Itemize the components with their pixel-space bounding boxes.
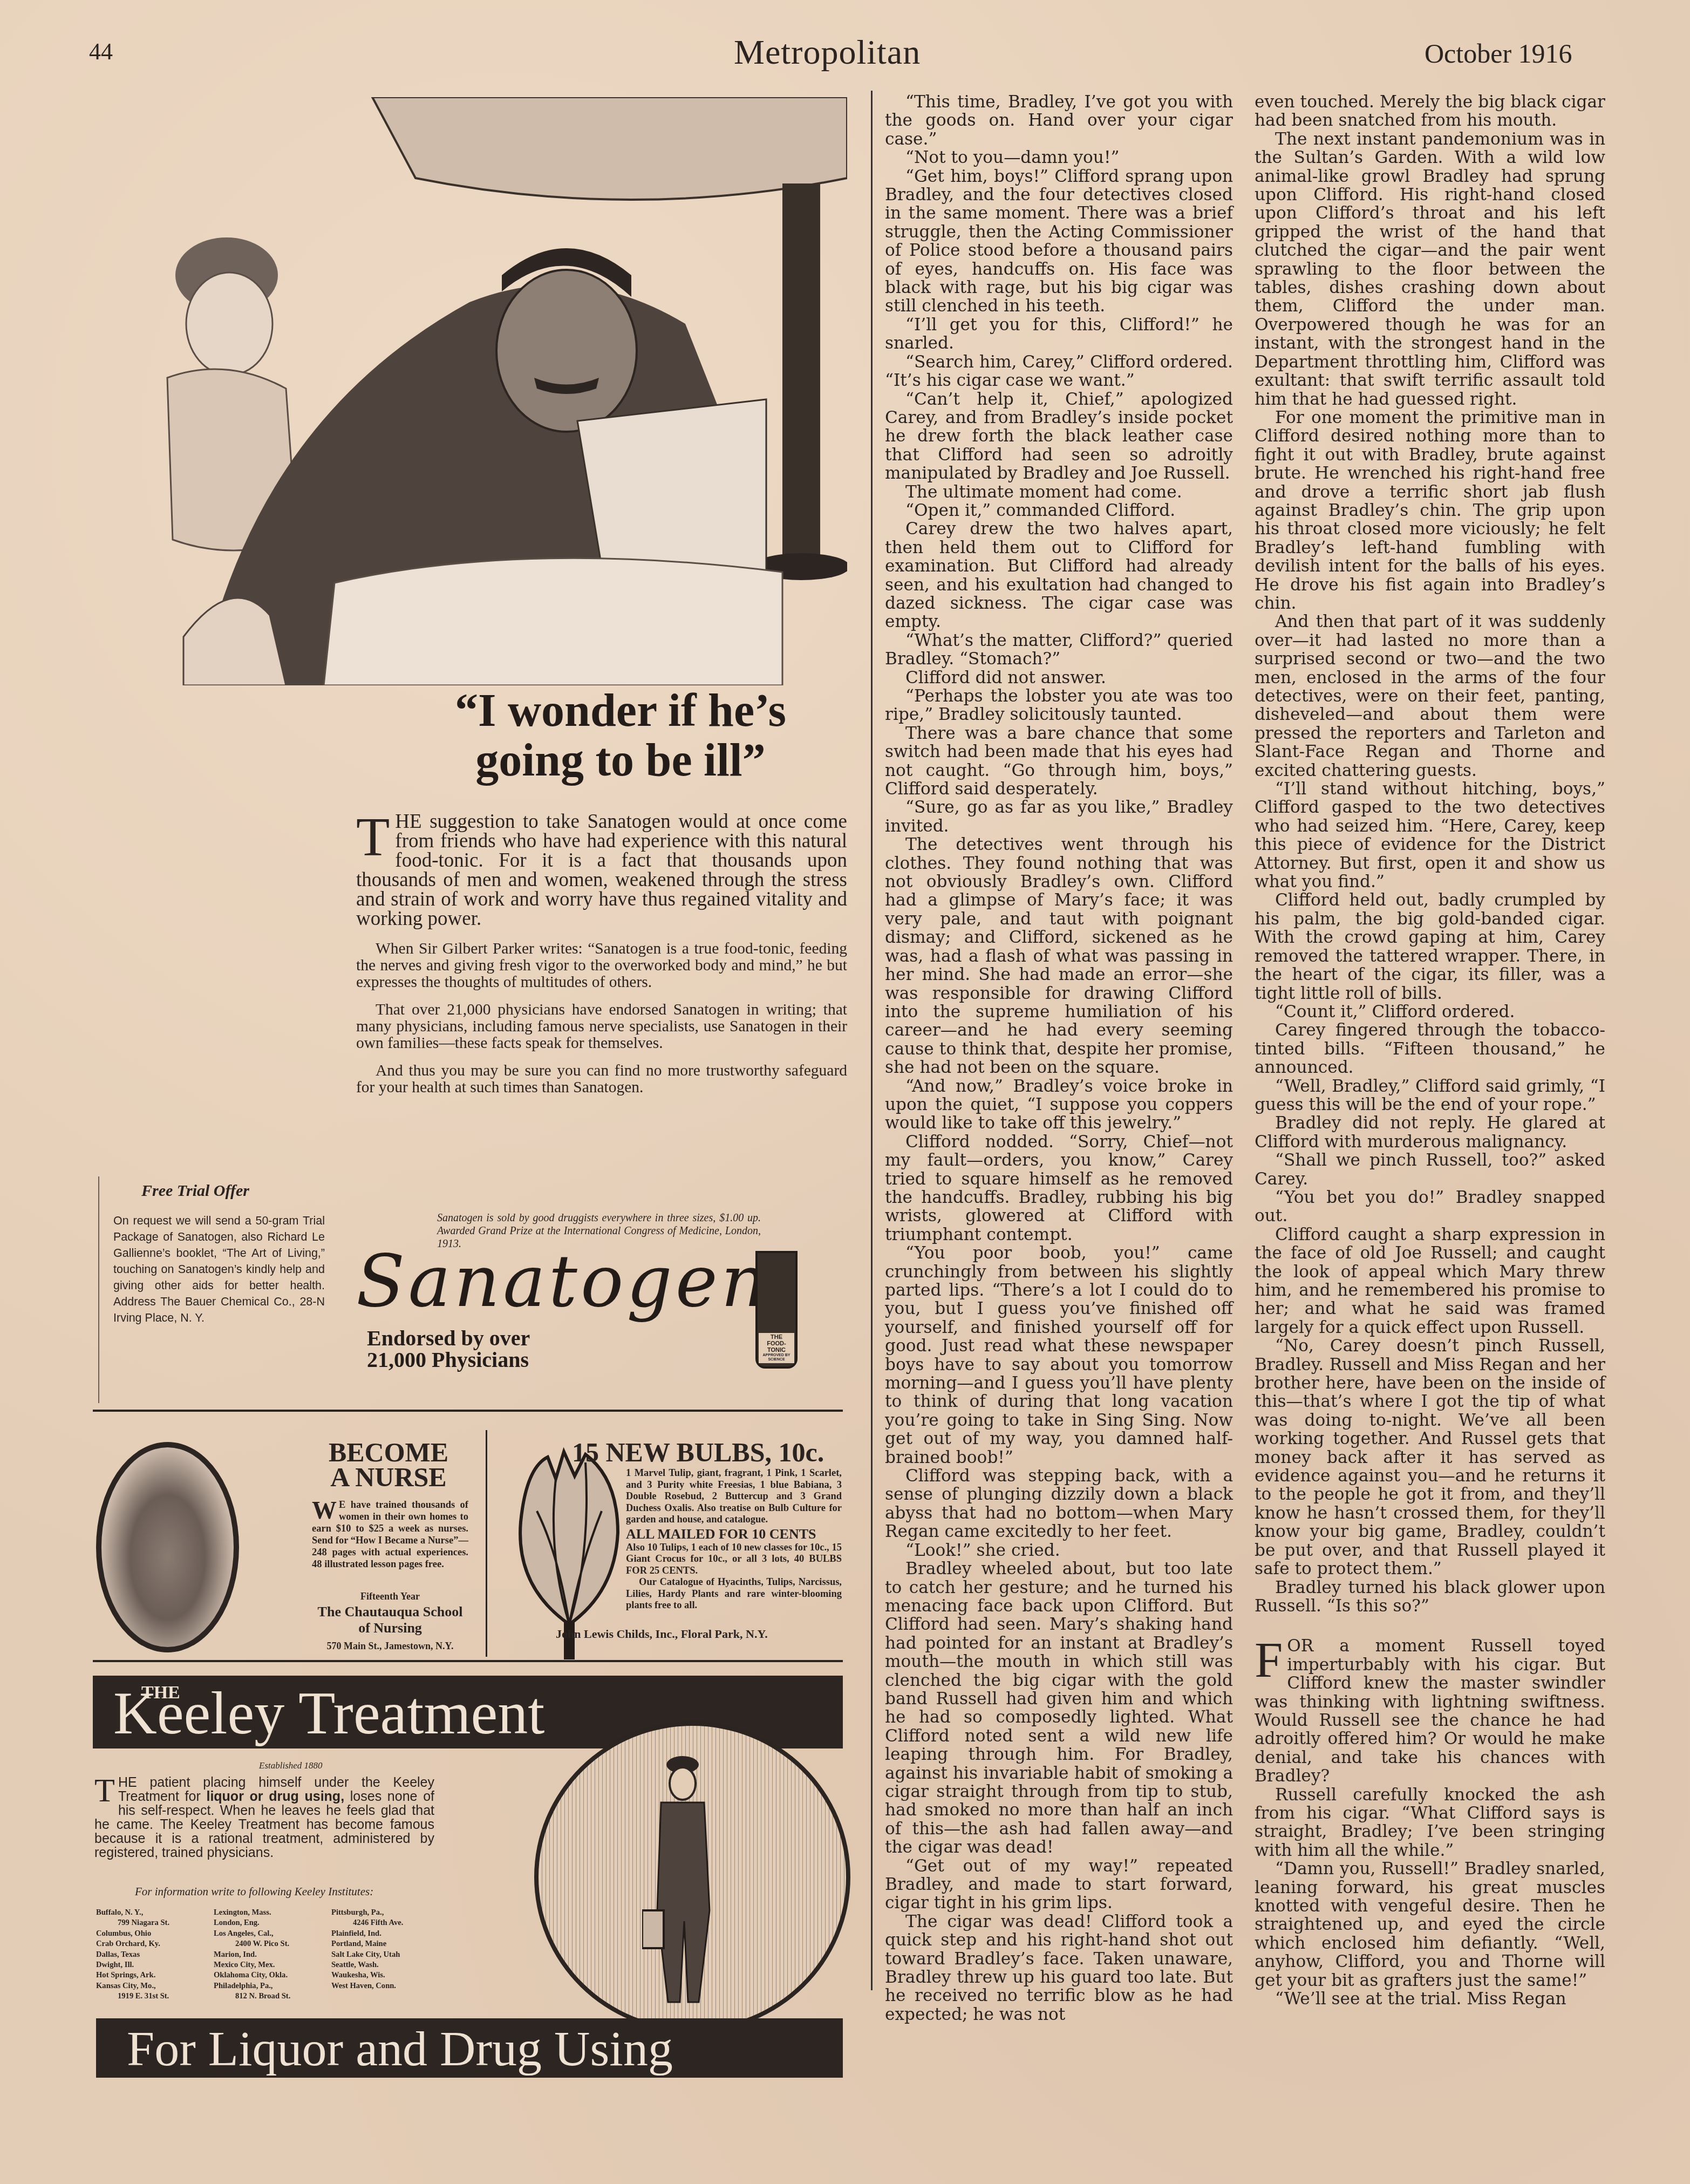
story-paragraph: “Sure, go as far as you like,” Bradley i… — [885, 798, 1233, 835]
free-trial-title: Free Trial Offer — [141, 1182, 249, 1200]
story-paragraph: “Damn you, Russell!” Bradley snarled, le… — [1255, 1860, 1605, 1990]
page-number: 44 — [89, 38, 113, 65]
keeley-institutes-list: Buffalo, N. Y., 799 Niagara St. Columbus… — [96, 1908, 441, 2002]
drop-cap: F — [1255, 1639, 1283, 1681]
story-paragraph: There was a bare chance that some switch… — [885, 724, 1233, 799]
story-paragraph: “Well, Bradley,” Clifford said grimly, “… — [1255, 1077, 1605, 1114]
sanatogen-paragraph: And thus you may be sure you can find no… — [356, 1063, 847, 1096]
story-paragraph: Clifford held out, badly crumpled by his… — [1255, 891, 1605, 1002]
story-paragraph: “Get him, boys!” Clifford sprang upon Br… — [885, 167, 1233, 316]
bulbs-ad-subhead: ALL MAILED FOR 10 CENTS — [626, 1526, 842, 1542]
story-paragraph: “What’s the matter, Clifford?” queried B… — [885, 631, 1233, 669]
badge-label: THE FOOD-TONIC APPROVED BY SCIENCE — [759, 1333, 794, 1363]
story-paragraph: FOR a moment Russell toyed imperturbably… — [1255, 1637, 1605, 1785]
institutes-column-3: Pittsburgh, Pa., 4246 Fifth Ave. Plainfi… — [331, 1908, 434, 2002]
story-paragraph: And then that part of it was suddenly ov… — [1255, 613, 1605, 780]
story-paragraph: “Not to you—damn you!” — [885, 148, 1233, 167]
nurse-school-address: 570 Main St., Jamestown, N.Y. — [312, 1641, 468, 1652]
keeley-body: THE patient placing himself under the Ke… — [94, 1775, 434, 1860]
story-paragraph: “You bet you do!” Bradley snapped out. — [1255, 1188, 1605, 1226]
story-paragraph: “I’ll get you for this, Clifford!” he sn… — [885, 316, 1233, 353]
sanatogen-illustration — [92, 97, 847, 685]
magazine-title: Metropolitan — [734, 32, 921, 72]
drop-cap: T — [356, 815, 390, 860]
story-paragraph: Bradley did not reply. He glared at Clif… — [1255, 1114, 1605, 1151]
nurse-ad-title: BECOME A NURSE — [310, 1440, 467, 1489]
divider — [93, 1660, 843, 1662]
keeley-established: Established 1880 — [259, 1760, 323, 1771]
sanatogen-paragraph: When Sir Gilbert Parker writes: “Sanatog… — [356, 941, 847, 991]
divider — [98, 1176, 99, 1403]
story-paragraph: “Count it,” Clifford ordered. — [1255, 1003, 1605, 1021]
story-paragraph: “Get out of my way!” repeated Bradley, a… — [885, 1857, 1233, 1913]
food-tonic-badge-icon: THE FOOD-TONIC APPROVED BY SCIENCE — [755, 1251, 798, 1369]
story-paragraph: The ultimate moment had come. — [885, 483, 1233, 501]
story-paragraph: “Open it,” commanded Clifford. — [885, 501, 1233, 520]
story-paragraph: “Can’t help it, Chief,” apologized Carey… — [885, 390, 1233, 483]
story-paragraph: Bradley wheeled about, but too late to c… — [885, 1560, 1233, 1857]
story-paragraph: “We’ll see at the trial. Miss Regan — [1255, 1990, 1605, 2008]
story-paragraph: “And now,” Bradley’s voice broke in upon… — [885, 1077, 1233, 1133]
story-paragraph: The detectives went through his clothes.… — [885, 835, 1233, 1077]
divider — [486, 1430, 487, 1657]
nurse-portrait — [96, 1442, 239, 1652]
story-paragraph: The next instant pandemonium was in the … — [1255, 130, 1605, 409]
story-paragraph: “Perhaps the lobster you ate was too rip… — [885, 687, 1233, 724]
story-column-2: even touched. Merely the big black cigar… — [1255, 93, 1605, 2008]
story-paragraph: Carey drew the two halves apart, then he… — [885, 520, 1233, 631]
keeley-info-line: For information write to following Keele… — [135, 1885, 373, 1899]
sanatogen-headline: “I wonder if he’s going to be ill” — [405, 685, 836, 785]
institutes-column-2: Lexington, Mass. London, Eng. Los Angele… — [214, 1908, 316, 2002]
story-paragraph: Carey fingered through the tobacco-tinte… — [1255, 1021, 1605, 1077]
story-column-1: “This time, Bradley, I’ve got you with t… — [885, 93, 1233, 2024]
headline-line-2: going to be ill” — [405, 735, 836, 785]
sanatogen-logo: Sanatogen — [356, 1240, 770, 1323]
endorsement: Endorsed by over 21,000 Physicians — [367, 1328, 530, 1371]
story-paragraph: Bradley turned his black glower upon Rus… — [1255, 1579, 1605, 1616]
story-paragraph: Clifford was stepping back, with a sense… — [885, 1467, 1233, 1541]
story-paragraph: “You poor boob, you!” came crunchingly f… — [885, 1244, 1233, 1467]
sanatogen-lead-paragraph: THE suggestion to take Sanatogen would a… — [356, 812, 847, 929]
bulbs-ad-body: 1 Marvel Tulip, giant, fragrant, 1 Pink,… — [626, 1468, 842, 1612]
divider — [93, 1410, 843, 1412]
nurse-ad-body: WE have trained thousands of women in th… — [312, 1499, 468, 1570]
section-break — [1255, 1615, 1605, 1637]
story-paragraph: Clifford nodded. “Sorry, Chief—not my fa… — [885, 1133, 1233, 1244]
nurse-ad-year: Fifteenth Year — [312, 1591, 468, 1602]
headline-line-1: “I wonder if he’s — [405, 685, 836, 735]
free-trial-body: On request we will send a 50-gram Trial … — [113, 1213, 325, 1326]
story-paragraph: “Shall we pinch Russell, too?” asked Car… — [1255, 1151, 1605, 1188]
story-paragraph: “This time, Bradley, I’ve got you with t… — [885, 93, 1233, 148]
story-paragraph: even touched. Merely the big black cigar… — [1255, 93, 1605, 130]
drop-cap: W — [312, 1500, 337, 1521]
column-divider — [871, 91, 873, 1990]
sanatogen-body: THE suggestion to take Sanatogen would a… — [356, 812, 847, 1107]
story-paragraph: Clifford caught a sharp expression in th… — [1255, 1226, 1605, 1337]
bulbs-ad-title: 15 NEW BULBS, 10c. — [572, 1437, 824, 1468]
keeley-the: THE — [141, 1683, 180, 1703]
story-paragraph: “I’ll stand without hitching, boys,” Cli… — [1255, 780, 1605, 891]
institutes-column-1: Buffalo, N. Y., 799 Niagara St. Columbus… — [96, 1908, 199, 2002]
story-paragraph: Clifford did not answer. — [885, 669, 1233, 687]
bulbs-company: John Lewis Childs, Inc., Floral Park, N.… — [556, 1627, 768, 1641]
sanatogen-paragraph: That over 21,000 physicians have endorse… — [356, 1002, 847, 1052]
story-paragraph: The cigar was dead! Clifford took a quic… — [885, 1913, 1233, 2024]
story-paragraph: For one moment the primitive man in Clif… — [1255, 409, 1605, 613]
drop-cap: T — [94, 1777, 115, 1805]
story-paragraph: “No, Carey doesn’t pinch Russell, Bradle… — [1255, 1337, 1605, 1578]
story-paragraph: Russell carefully knocked the ash from h… — [1255, 1786, 1605, 1860]
issue-date: October 1916 — [1425, 38, 1572, 69]
story-paragraph: “Search him, Carey,” Clifford ordered. “… — [885, 353, 1233, 390]
keeley-bottom-text: For Liquor and Drug Using — [127, 2022, 673, 2076]
man-with-suitcase-icon — [642, 1748, 723, 2008]
nurse-school-name: The Chautauqua School of Nursing — [312, 1604, 468, 1636]
story-paragraph: “Look!” she cried. — [885, 1541, 1233, 1560]
